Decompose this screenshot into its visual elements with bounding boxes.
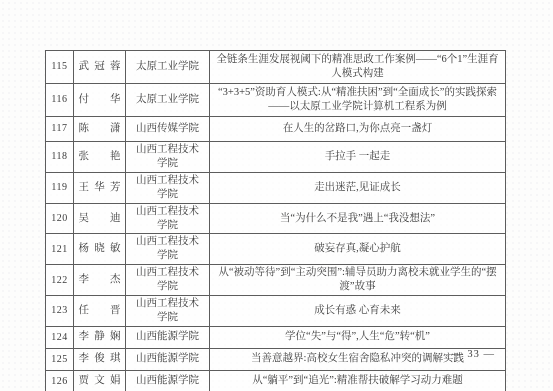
person-name: 杨晓敏	[79, 242, 121, 256]
cell-number: 115	[46, 51, 74, 84]
table-row: 122 李杰 山西工程技术学院 从“被动等待”到“主动突围”:辅导员助力离校未就…	[46, 265, 506, 296]
cell-number: 116	[46, 84, 74, 117]
person-name: 李杰	[79, 273, 121, 287]
cell-name: 付华	[74, 84, 126, 117]
cell-name: 武冠蓉	[74, 51, 126, 84]
table-row: 117 陈潇 山西传媒学院 在人生的岔路口,为你点亮一盏灯	[46, 117, 506, 142]
person-name: 贾文娟	[79, 374, 121, 388]
table-row: 118 张艳 山西工程技术学院 手拉手 一起走	[46, 142, 506, 173]
cell-title: 手拉手 一起走	[210, 142, 506, 173]
cell-institution: 山西工程技术学院	[126, 142, 210, 173]
table-body: 115 武冠蓉 太原工业学院 全链条生涯发展视阈下的精准思政工作案例——“6个1…	[46, 51, 506, 391]
cell-institution: 太原工业学院	[126, 84, 210, 117]
cell-title: 破妄存真,凝心护航	[210, 234, 506, 265]
cell-institution: 山西工程技术学院	[126, 173, 210, 204]
person-name: 李俊琪	[79, 352, 121, 366]
cell-institution: 太原工业学院	[126, 51, 210, 84]
page-number: — 33 —	[452, 349, 495, 360]
cell-name: 贾文娟	[74, 370, 126, 391]
cell-institution: 山西工程技术学院	[126, 203, 210, 234]
cell-number: 120	[46, 203, 74, 234]
cell-name: 任晋	[74, 296, 126, 327]
cell-institution: 山西能源学院	[126, 326, 210, 348]
cell-title: 学位“失”与“得”,人生“危”转“机”	[210, 326, 506, 348]
table-row: 116 付华 太原工业学院 “3+3+5”资助育人模式:从“精准扶困”到“全面成…	[46, 84, 506, 117]
table-row: 120 吴迪 山西工程技术学院 当“为什么不是我”遇上“我没想法”	[46, 203, 506, 234]
person-name: 张艳	[79, 150, 121, 164]
cell-name: 杨晓敏	[74, 234, 126, 265]
person-name: 李静娴	[79, 330, 121, 344]
cell-name: 吴迪	[74, 203, 126, 234]
person-name: 王华芳	[79, 181, 121, 195]
cell-name: 陈潇	[74, 117, 126, 142]
table-row: 126 贾文娟 山西能源学院 从“躺平”到“追光”:精准帮扶破解学习动力难题	[46, 370, 506, 391]
cell-title: 成长有惑 心育未来	[210, 296, 506, 327]
cell-number: 123	[46, 296, 74, 327]
cell-title: 全链条生涯发展视阈下的精准思政工作案例——“6个1”生涯育人模式构建	[210, 51, 506, 84]
cell-name: 李俊琪	[74, 348, 126, 370]
table-row: 125 李俊琪 山西能源学院 当善意越界:高校女生宿舍隐私冲突的调解实践	[46, 348, 506, 370]
cell-number: 124	[46, 326, 74, 348]
cell-number: 117	[46, 117, 74, 142]
person-name: 陈潇	[79, 122, 121, 136]
person-name: 付华	[79, 93, 121, 107]
cell-title: 当“为什么不是我”遇上“我没想法”	[210, 203, 506, 234]
cell-name: 张艳	[74, 142, 126, 173]
cell-institution: 山西传媒学院	[126, 117, 210, 142]
cell-number: 126	[46, 370, 74, 391]
cell-institution: 山西能源学院	[126, 370, 210, 391]
table-row: 124 李静娴 山西能源学院 学位“失”与“得”,人生“危”转“机”	[46, 326, 506, 348]
table-row: 119 王华芳 山西工程技术学院 走出迷茫,见证成长	[46, 173, 506, 204]
table-row: 115 武冠蓉 太原工业学院 全链条生涯发展视阈下的精准思政工作案例——“6个1…	[46, 51, 506, 84]
person-name: 任晋	[79, 304, 121, 318]
table-row: 123 任晋 山西工程技术学院 成长有惑 心育未来	[46, 296, 506, 327]
cell-institution: 山西工程技术学院	[126, 265, 210, 296]
cell-number: 119	[46, 173, 74, 204]
cell-number: 118	[46, 142, 74, 173]
cell-title: 在人生的岔路口,为你点亮一盏灯	[210, 117, 506, 142]
person-name: 吴迪	[79, 212, 121, 226]
cell-number: 125	[46, 348, 74, 370]
cell-title: “3+3+5”资助育人模式:从“精准扶困”到“全面成长”的实践探索——以太原工业…	[210, 84, 506, 117]
cell-title: 从“躺平”到“追光”:精准帮扶破解学习动力难题	[210, 370, 506, 391]
person-name: 武冠蓉	[79, 60, 121, 74]
cell-number: 121	[46, 234, 74, 265]
cell-name: 李杰	[74, 265, 126, 296]
cell-name: 王华芳	[74, 173, 126, 204]
cell-title: 从“被动等待”到“主动突围”:辅导员助力离校未就业学生的“摆渡”故事	[210, 265, 506, 296]
cell-title: 走出迷茫,见证成长	[210, 173, 506, 204]
cell-institution: 山西能源学院	[126, 348, 210, 370]
table-row: 121 杨晓敏 山西工程技术学院 破妄存真,凝心护航	[46, 234, 506, 265]
cell-name: 李静娴	[74, 326, 126, 348]
cell-institution: 山西工程技术学院	[126, 296, 210, 327]
award-list-table: 115 武冠蓉 太原工业学院 全链条生涯发展视阈下的精准思政工作案例——“6个1…	[45, 50, 506, 391]
cell-number: 122	[46, 265, 74, 296]
cell-institution: 山西工程技术学院	[126, 234, 210, 265]
